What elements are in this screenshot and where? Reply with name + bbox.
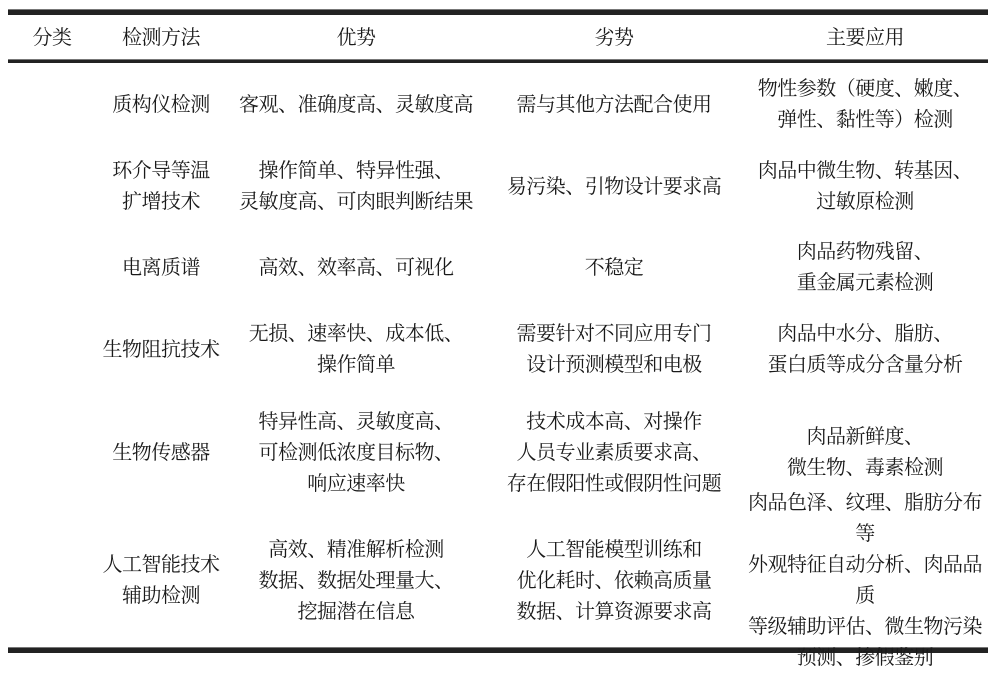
table-row: 生物阻抗技术无损、速率快、成本低、操作简单需要针对不同应用专门设计预测模型和电极… bbox=[8, 307, 988, 391]
cell-advantages: 特异性高、灵敏度高、可检测低浓度目标物、响应速率快 bbox=[226, 406, 486, 499]
cell-line: 弹性、黏性等）检测 bbox=[742, 104, 988, 135]
cell-line: 需要针对不同应用专门 bbox=[486, 318, 742, 349]
cell-line: 物性参数（硬度、嫩度、 bbox=[742, 73, 988, 104]
cell-advantages: 高效、效率高、可视化 bbox=[226, 252, 486, 283]
cell-disadvantages: 易污染、引物设计要求高 bbox=[486, 171, 742, 202]
cell-line: 数据、数据处理量大、 bbox=[226, 565, 486, 596]
cell-line: 生物传感器 bbox=[96, 437, 226, 468]
cell-method: 生物传感器 bbox=[96, 437, 226, 468]
comparison-table: 分类 检测方法 优势 劣势 主要应用 质构仪检测客观、准确度高、灵敏度高需与其他… bbox=[8, 9, 988, 653]
cell-applications: 物性参数（硬度、嫩度、弹性、黏性等）检测 bbox=[742, 73, 988, 135]
cell-applications: 肉品中微生物、转基因、过敏原检测 bbox=[742, 155, 988, 217]
cell-line: 质构仪检测 bbox=[96, 89, 226, 120]
cell-line: 人员专业素质要求高、 bbox=[486, 437, 742, 468]
cell-line: 存在假阳性或假阴性问题 bbox=[486, 468, 742, 499]
cell-disadvantages: 人工智能模型训练和优化耗时、依赖高质量数据、计算资源要求高 bbox=[486, 534, 742, 627]
cell-line: 肉品中水分、脂肪、 bbox=[742, 318, 988, 349]
cell-advantages: 客观、准确度高、灵敏度高 bbox=[226, 89, 486, 120]
cell-line: 人工智能模型训练和 bbox=[486, 534, 742, 565]
cell-line: 数据、计算资源要求高 bbox=[486, 596, 742, 627]
cell-line: 技术成本高、对操作 bbox=[486, 406, 742, 437]
cell-method: 人工智能技术辅助检测 bbox=[96, 549, 226, 611]
cell-applications: 肉品色泽、纹理、脂肪分布等外观特征自动分析、肉品品质等级辅助评估、微生物污染预测… bbox=[742, 487, 988, 673]
cell-line: 无损、速率快、成本低、 bbox=[226, 318, 486, 349]
header-category: 分类 bbox=[8, 22, 96, 53]
cell-line: 高效、效率高、可视化 bbox=[226, 252, 486, 283]
cell-line: 预测、掺假鉴别 bbox=[742, 642, 988, 673]
cell-applications: 肉品新鲜度、微生物、毒素检测 bbox=[742, 421, 988, 483]
cell-line: 扩增技术 bbox=[96, 186, 226, 217]
cell-method: 环介导等温扩增技术 bbox=[96, 155, 226, 217]
table-row: 人工智能技术辅助检测高效、精准解析检测数据、数据处理量大、挖掘潜在信息人工智能模… bbox=[8, 513, 988, 647]
cell-line: 环介导等温 bbox=[96, 155, 226, 186]
cell-line: 设计预测模型和电极 bbox=[486, 349, 742, 380]
header-disadvantages: 劣势 bbox=[486, 22, 742, 53]
cell-line: 人工智能技术 bbox=[96, 549, 226, 580]
table-row: 质构仪检测客观、准确度高、灵敏度高需与其他方法配合使用物性参数（硬度、嫩度、弹性… bbox=[8, 63, 988, 145]
cell-line: 可检测低浓度目标物、 bbox=[226, 437, 486, 468]
cell-method: 生物阻抗技术 bbox=[96, 334, 226, 365]
cell-applications: 肉品中水分、脂肪、蛋白质等成分含量分析 bbox=[742, 318, 988, 380]
cell-disadvantages: 不稳定 bbox=[486, 252, 742, 283]
cell-method: 质构仪检测 bbox=[96, 89, 226, 120]
cell-advantages: 高效、精准解析检测数据、数据处理量大、挖掘潜在信息 bbox=[226, 534, 486, 627]
cell-line: 易污染、引物设计要求高 bbox=[486, 171, 742, 202]
cell-line: 灵敏度高、可肉眼判断结果 bbox=[226, 186, 486, 217]
table-row: 环介导等温扩增技术操作简单、特异性强、灵敏度高、可肉眼判断结果易污染、引物设计要… bbox=[8, 145, 988, 227]
cell-line: 高效、精准解析检测 bbox=[226, 534, 486, 565]
cell-line: 等级辅助评估、微生物污染 bbox=[742, 611, 988, 642]
table-row: 电离质谱高效、效率高、可视化不稳定肉品药物残留、重金属元素检测 bbox=[8, 227, 988, 307]
cell-line: 优化耗时、依赖高质量 bbox=[486, 565, 742, 596]
cell-line: 肉品新鲜度、 bbox=[742, 421, 988, 452]
cell-line: 操作简单、特异性强、 bbox=[226, 155, 486, 186]
cell-line: 操作简单 bbox=[226, 349, 486, 380]
cell-line: 辅助检测 bbox=[96, 580, 226, 611]
cell-line: 特异性高、灵敏度高、 bbox=[226, 406, 486, 437]
cell-line: 外观特征自动分析、肉品品质 bbox=[742, 549, 988, 611]
cell-line: 蛋白质等成分含量分析 bbox=[742, 349, 988, 380]
cell-line: 不稳定 bbox=[486, 252, 742, 283]
cell-line: 需与其他方法配合使用 bbox=[486, 89, 742, 120]
cell-line: 肉品色泽、纹理、脂肪分布等 bbox=[742, 487, 988, 549]
cell-method: 电离质谱 bbox=[96, 252, 226, 283]
cell-line: 电离质谱 bbox=[96, 252, 226, 283]
cell-line: 过敏原检测 bbox=[742, 186, 988, 217]
cell-advantages: 无损、速率快、成本低、操作简单 bbox=[226, 318, 486, 380]
cell-line: 响应速率快 bbox=[226, 468, 486, 499]
cell-disadvantages: 技术成本高、对操作人员专业素质要求高、存在假阳性或假阴性问题 bbox=[486, 406, 742, 499]
cell-line: 生物阻抗技术 bbox=[96, 334, 226, 365]
cell-disadvantages: 需与其他方法配合使用 bbox=[486, 89, 742, 120]
cell-line: 微生物、毒素检测 bbox=[742, 452, 988, 483]
cell-line: 挖掘潜在信息 bbox=[226, 596, 486, 627]
header-method: 检测方法 bbox=[96, 22, 226, 53]
cell-line: 肉品中微生物、转基因、 bbox=[742, 155, 988, 186]
header-advantages: 优势 bbox=[226, 22, 486, 53]
header-applications: 主要应用 bbox=[742, 22, 988, 53]
header-row: 分类 检测方法 优势 劣势 主要应用 bbox=[8, 15, 988, 59]
cell-applications: 肉品药物残留、重金属元素检测 bbox=[742, 236, 988, 298]
cell-line: 客观、准确度高、灵敏度高 bbox=[226, 89, 486, 120]
cell-line: 重金属元素检测 bbox=[742, 267, 988, 298]
cell-line: 肉品药物残留、 bbox=[742, 236, 988, 267]
cell-advantages: 操作简单、特异性强、灵敏度高、可肉眼判断结果 bbox=[226, 155, 486, 217]
table-body: 质构仪检测客观、准确度高、灵敏度高需与其他方法配合使用物性参数（硬度、嫩度、弹性… bbox=[8, 63, 988, 647]
cell-disadvantages: 需要针对不同应用专门设计预测模型和电极 bbox=[486, 318, 742, 380]
